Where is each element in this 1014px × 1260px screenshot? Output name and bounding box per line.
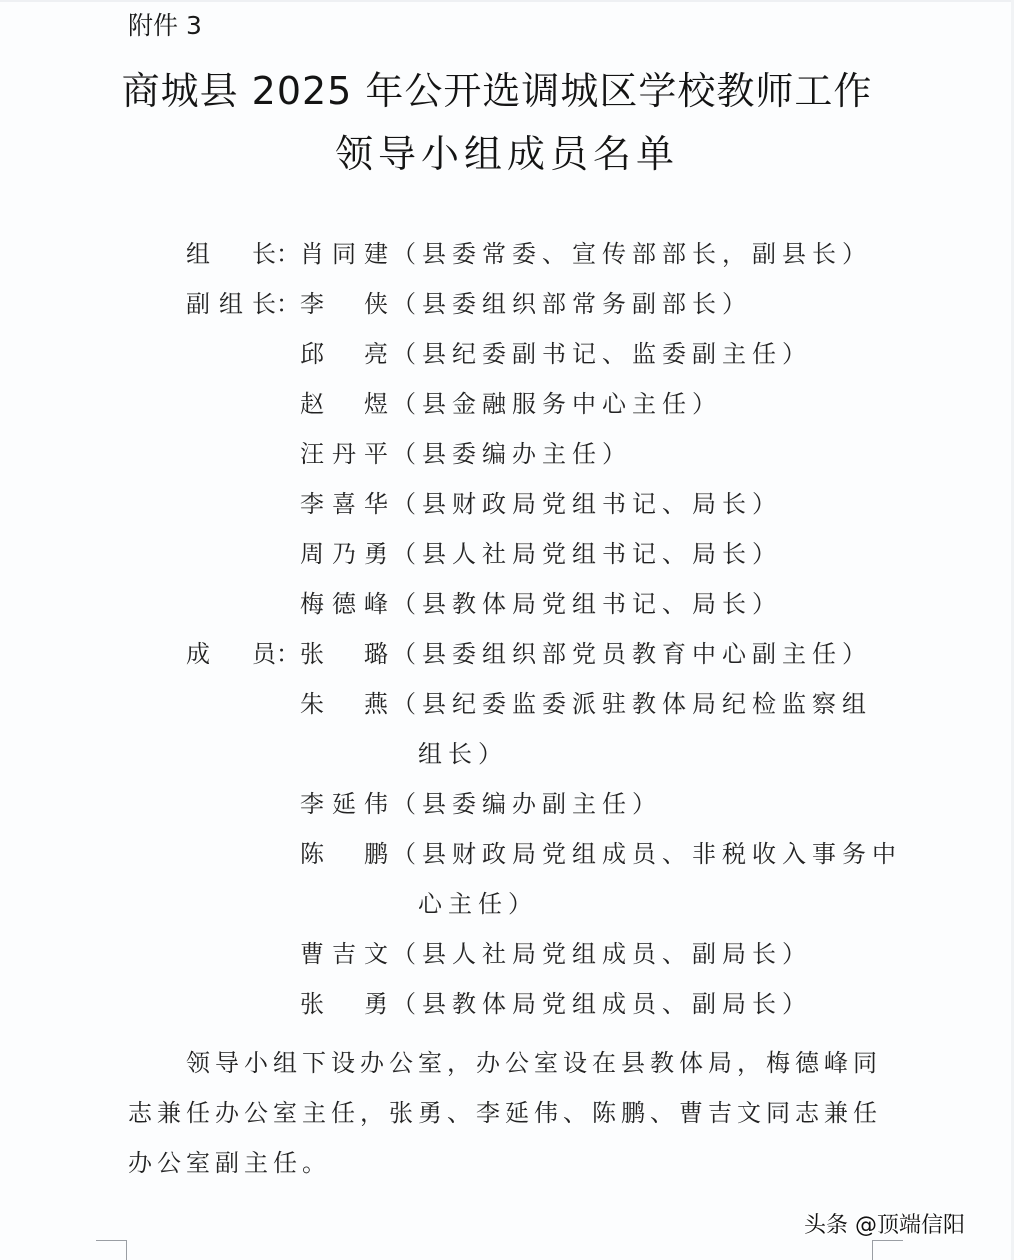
member-name: 陈 鹏 [300, 834, 388, 874]
member-name: 朱 燕 [300, 684, 388, 724]
member-position-continuation: 组长） [418, 734, 508, 774]
member-name: 张 璐 [300, 634, 388, 674]
member-position: （县财政局党组成员、非税收入事务中 [392, 834, 902, 874]
attachment-label: 附件 3 [128, 6, 202, 42]
member-position: （县教体局党组书记、局长） [392, 584, 782, 624]
member-position: （县纪委副书记、监委副主任） [392, 334, 812, 374]
crop-mark-left [96, 1240, 127, 1260]
member-position: （县财政局党组书记、局长） [392, 484, 782, 524]
member-position: （县人社局党组成员、副局长） [392, 934, 812, 974]
member-name: 赵 煜 [300, 384, 388, 424]
document-title-line-2: 领导小组成员名单 [0, 123, 1014, 178]
document-page: 附件 3 商城县 2025 年公开选调城区学校教师工作 领导小组成员名单 组 长… [0, 0, 1014, 1260]
member-name: 李延伟 [300, 784, 388, 824]
member-position: （县委组织部党员教育中心副主任） [392, 634, 872, 674]
paragraph-line: 志兼任办公室主任，张勇、李延伟、陈鹏、曹吉文同志兼任 [128, 1088, 888, 1138]
member-name: 李 侠 [300, 284, 388, 324]
crop-mark-right [872, 1240, 903, 1260]
member-name: 梅德峰 [300, 584, 388, 624]
document-title-line-1: 商城县 2025 年公开选调城区学校教师工作 [0, 60, 1004, 115]
member-name: 李喜华 [300, 484, 388, 524]
paragraph-line: 领导小组下设办公室，办公室设在县教体局，梅德峰同 [128, 1038, 888, 1088]
member-name: 邱 亮 [300, 334, 388, 374]
member-position: （县委编办主任） [392, 434, 632, 474]
office-paragraph: 领导小组下设办公室，办公室设在县教体局，梅德峰同 志兼任办公室主任，张勇、李延伟… [128, 1038, 888, 1188]
source-watermark: 头条 @顶端信阳 [804, 1208, 965, 1239]
member-position: （县委常委、宣传部部长，副县长） [392, 234, 872, 274]
member-position: （县委编办副主任） [392, 784, 662, 824]
role-label: 成 员： [186, 634, 298, 674]
member-position: （县委组织部常务副部长） [392, 284, 752, 324]
member-position: （县人社局党组书记、局长） [392, 534, 782, 574]
member-position-continuation: 心主任） [418, 884, 538, 924]
member-name: 汪丹平 [300, 434, 388, 474]
member-position: （县纪委监委派驻教体局纪检监察组 [392, 684, 872, 724]
member-position: （县金融服务中心主任） [392, 384, 722, 424]
page-top-edge [0, 0, 1014, 2]
member-name: 张 勇 [300, 984, 388, 1024]
role-label: 组 长： [186, 234, 298, 274]
paragraph-line: 办公室副主任。 [128, 1138, 888, 1188]
member-name: 肖同建 [300, 234, 388, 274]
member-name: 曹吉文 [300, 934, 388, 974]
member-position: （县教体局党组成员、副局长） [392, 984, 812, 1024]
role-label: 副组长： [186, 284, 298, 324]
member-name: 周乃勇 [300, 534, 388, 574]
